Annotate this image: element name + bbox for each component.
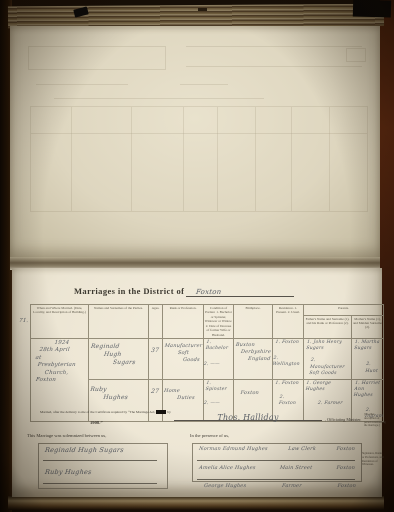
witness-signature: George HughesFarmerFoxton <box>204 483 357 489</box>
ghost-table <box>30 106 368 212</box>
col-header-father: Father's Name and Surname (1), and his R… <box>304 315 352 338</box>
entry-number: 71. <box>19 318 29 324</box>
cell-groom-name: Reginald Hugh Sugars <box>89 338 149 379</box>
photographed-register-page: Marriages in the District ofFoxton 71. W… <box>0 0 394 512</box>
cell-groom-birthplace: Buxton Derbyshire England <box>234 338 273 379</box>
ghost-box <box>28 46 166 70</box>
ghost-text-smudge <box>180 84 228 85</box>
groom-signature: Reginald Hugh Sugars <box>45 446 125 454</box>
minister-signature-line: Thos. Halliday <box>174 407 322 421</box>
blank-upper-page <box>10 26 380 258</box>
cell-groom-father: 1. John Henry Sugars 2. Manufacturer Sof… <box>304 338 352 379</box>
district-handwritten: Foxton <box>186 288 222 296</box>
col-header-parents: Parents. <box>304 305 384 316</box>
signature-rule <box>43 460 157 461</box>
witness-signature: Amelia Alice HughesMain StreetFoxton <box>199 465 356 471</box>
col-header-mother: Mother's Name (1), and Maiden Surname (2… <box>352 315 384 338</box>
page-stack-top-edge <box>8 4 384 29</box>
col-header-names: Names and Surnames of the Parties. <box>89 305 149 339</box>
redaction-blot <box>156 410 166 414</box>
page-title: Marriages in the District ofFoxton <box>74 286 294 297</box>
signature-rule <box>43 483 157 484</box>
cell-groom-residence: 1. Foxton 2. Wellington <box>273 338 304 379</box>
cell-groom-rank: Manufacturer Soft Goods <box>163 338 204 379</box>
presence-label: In the presence of us, <box>190 433 229 438</box>
ghost-line <box>186 46 362 47</box>
marriage-register-page: Marriages in the District ofFoxton 71. W… <box>12 268 382 497</box>
ghost-text-smudge <box>54 98 264 99</box>
cell-when-where: 1924 28th April at Presbyterian Church, … <box>31 338 89 421</box>
minister-signature: Thos. Halliday <box>217 413 278 422</box>
witnesses-signature-box: Norman Edmund HughesLaw ClerkFoxton Amel… <box>192 443 362 482</box>
cell-groom-condition: 1. Bachelor 2. —— <box>204 338 234 379</box>
col-header-condition: Condition of Parties: 1. Bachelor or Spi… <box>204 305 234 339</box>
solemnized-label: This Marriage was solemnized between us, <box>27 433 106 438</box>
signature-rule <box>197 460 355 461</box>
ghost-box <box>346 48 366 62</box>
bride-signature: Ruby Hughes <box>45 468 93 476</box>
cell-groom-mother: 1. Martha Sugars 2. Hunt <box>352 338 384 379</box>
col-header-ages: Ages. <box>149 305 163 339</box>
marriage-register-table: When and Where Married. (Date, Locality,… <box>30 304 384 422</box>
page-edge-nick <box>198 8 207 11</box>
book-right-edge <box>380 0 394 512</box>
col-header-residence: Residence. 1. Present. 2. Usual. <box>273 305 304 339</box>
cell-groom-age: 37 <box>149 338 163 379</box>
ghost-line <box>186 66 362 67</box>
district-underline: Foxton <box>186 286 294 297</box>
col-header-when-where: When and Where Married. (Date, Locality,… <box>31 305 89 339</box>
witness-signature: Norman Edmund HughesLaw ClerkFoxton <box>199 446 356 452</box>
signature-rule <box>197 479 355 480</box>
amendment-year: 1908.” <box>90 420 103 425</box>
photo-corner-mount <box>353 0 391 17</box>
ghost-text-smudge <box>36 84 128 85</box>
col-header-birthplace: Birthplace. <box>234 305 273 339</box>
minister-label: , Officiating Minister. <box>325 417 361 422</box>
married-statement: Married, after the delivery to me of the… <box>40 410 172 415</box>
page-stack-bottom-edge <box>8 496 384 510</box>
parties-signature-box: Reginald Hugh Sugars Ruby Hughes <box>38 443 168 489</box>
title-prefix: Marriages in the District of <box>74 286 184 296</box>
col-header-rank: Rank or Profession. <box>163 305 204 339</box>
witness-margin-note: Signatures, Ranks or Professions, and Re… <box>362 452 384 467</box>
minister-margin-note: [Or other description of person solemniz… <box>364 413 386 428</box>
